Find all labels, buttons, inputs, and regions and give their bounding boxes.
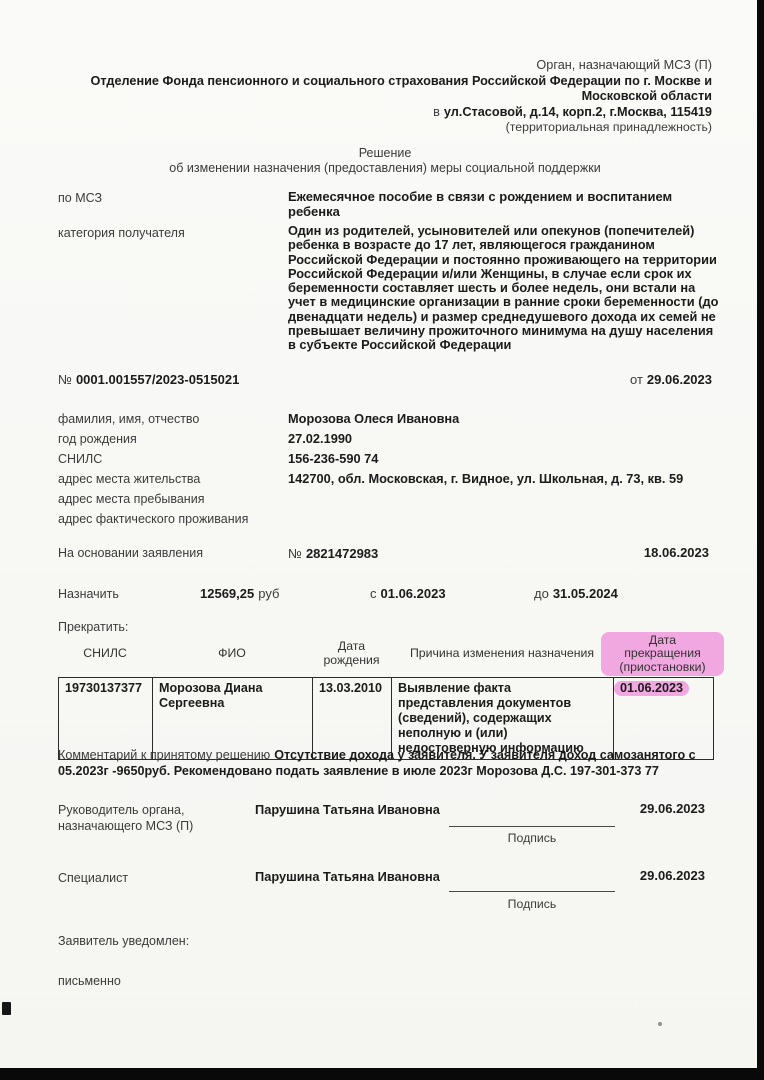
- doc-number-prefix: №: [58, 372, 72, 387]
- signature1-role-line2: назначающего МСЗ (П): [58, 818, 253, 834]
- actual-address-label: адрес фактического проживания: [58, 512, 288, 526]
- decision-comment: Комментарий к принятому решениюОтсутстви…: [58, 748, 722, 779]
- notified-method: письменно: [58, 974, 121, 988]
- category-value: Один из родителей, усыновителей или опек…: [288, 224, 720, 353]
- org-address-line: вул.Стасовой, д.14, корп.2, г.Москва, 11…: [75, 105, 712, 121]
- cell-birth-date: 13.03.2010: [313, 678, 392, 759]
- birthyear-label: год рождения: [58, 432, 288, 446]
- signature1-line: [449, 808, 615, 827]
- snils-value: 156-236-590 74: [288, 451, 378, 466]
- doc-number: №0001.001557/2023-0515021: [58, 372, 239, 387]
- person-row-address: адрес места жительства142700, обл. Моско…: [58, 471, 712, 491]
- cell-fio: Морозова Диана Сергеевна: [153, 678, 313, 759]
- signature1-caption: Подпись: [449, 831, 615, 845]
- assignment-from: с01.06.2023: [370, 586, 446, 601]
- currency-label: руб: [258, 586, 279, 601]
- application-number-value: 2821472983: [306, 546, 378, 561]
- assignment-label: Назначить: [58, 587, 119, 601]
- application-label: На основании заявления: [58, 546, 203, 560]
- stay-address-label: адрес места пребывания: [58, 492, 288, 506]
- person-row-stay-address: адрес места пребывания: [58, 491, 712, 511]
- comment-label: Комментарий к принятому решению: [58, 748, 270, 762]
- notified-label: Заявитель уведомлен:: [58, 934, 189, 948]
- amount-value: 12569,25: [200, 586, 254, 601]
- signature1-date: 29.06.2023: [640, 801, 705, 816]
- msz-label: по МСЗ: [58, 191, 102, 205]
- signature1-name: Парушина Татьяна Ивановна: [255, 802, 440, 817]
- doc-number-value: 0001.001557/2023-0515021: [76, 372, 239, 387]
- signature2-line: [449, 873, 615, 892]
- application-date: 18.06.2023: [644, 545, 709, 560]
- header-end-date: Дата прекращения (приостановки): [613, 632, 712, 677]
- title-line1: Решение: [58, 146, 712, 161]
- document-header: Орган, назначающий МСЗ (П) Отделение Фон…: [75, 58, 712, 136]
- person-row-actual-address: адрес фактического проживания: [58, 511, 712, 531]
- doc-date-value: 29.06.2023: [647, 372, 712, 387]
- scan-dust-dot: [658, 1022, 662, 1026]
- from-prefix: с: [370, 586, 377, 601]
- header-birth-date: Дата рождения: [312, 640, 391, 667]
- signature2-role: Специалист: [58, 870, 253, 886]
- fio-label: фамилия, имя, отчество: [58, 412, 288, 426]
- snils-label: СНИЛС: [58, 452, 288, 466]
- address-label: адрес места жительства: [58, 472, 288, 486]
- address-prefix: в: [433, 105, 440, 119]
- header-reason: Причина изменения назначения: [391, 647, 613, 661]
- scan-corner-mark: [2, 1002, 11, 1015]
- msz-value: Ежемесячное пособие в связи с рождением …: [288, 190, 716, 219]
- end-date-highlight: 01.06.2023: [614, 681, 689, 696]
- issuing-authority-label: Орган, назначающий МСЗ (П): [75, 58, 712, 74]
- signature1-role: Руководитель органа, назначающего МСЗ (П…: [58, 802, 253, 834]
- signature2-caption: Подпись: [449, 897, 615, 911]
- person-row-fio: фамилия, имя, отчествоМорозова Олеся Ива…: [58, 411, 712, 431]
- from-date: 01.06.2023: [381, 586, 446, 601]
- doc-date-prefix: от: [630, 372, 643, 387]
- header-snils: СНИЛС: [58, 647, 152, 661]
- person-fields: фамилия, имя, отчествоМорозова Олеся Ива…: [58, 411, 712, 531]
- application-number-prefix: №: [288, 546, 302, 561]
- org-address: ул.Стасовой, д.14, корп.2, г.Москва, 115…: [444, 105, 712, 119]
- document-page: Орган, назначающий МСЗ (П) Отделение Фон…: [0, 0, 764, 1080]
- territorial-note: (территориальная принадлежность): [75, 120, 712, 136]
- cell-snils: 19730137377: [59, 678, 153, 759]
- signature1-role-line1: Руководитель органа,: [58, 802, 253, 818]
- org-name: Отделение Фонда пенсионного и социальног…: [75, 74, 712, 105]
- to-date: 31.05.2024: [553, 586, 618, 601]
- fio-value: Морозова Олеся Ивановна: [288, 411, 459, 426]
- scan-edge-bottom: [0, 1068, 764, 1080]
- scan-edge-right: [757, 0, 764, 1080]
- assignment-to: до31.05.2024: [534, 586, 618, 601]
- document-title: Решение об изменении назначения (предост…: [58, 146, 712, 175]
- signature2-name: Парушина Татьяна Ивановна: [255, 869, 440, 884]
- cell-reason: Выявление факта представления документов…: [392, 678, 614, 759]
- header-fio: ФИО: [152, 647, 312, 661]
- category-label: категория получателя: [58, 226, 185, 240]
- to-prefix: до: [534, 586, 549, 601]
- doc-date: от29.06.2023: [630, 372, 712, 387]
- address-value: 142700, обл. Московская, г. Видное, ул. …: [288, 471, 683, 486]
- termination-table-header: СНИЛС ФИО Дата рождения Причина изменени…: [58, 631, 712, 677]
- signature2-date: 29.06.2023: [640, 868, 705, 883]
- birthyear-value: 27.02.1990: [288, 431, 352, 446]
- assignment-amount: 12569,25руб: [200, 586, 279, 601]
- person-row-snils: СНИЛС156-236-590 74: [58, 451, 712, 471]
- cell-end-date: 01.06.2023: [614, 678, 713, 759]
- person-row-birthyear: год рождения27.02.1990: [58, 431, 712, 451]
- end-date-header-highlight: Дата прекращения (приостановки): [601, 632, 724, 677]
- title-line2: об изменении назначения (предоставления)…: [58, 161, 712, 176]
- application-number: №2821472983: [288, 546, 378, 561]
